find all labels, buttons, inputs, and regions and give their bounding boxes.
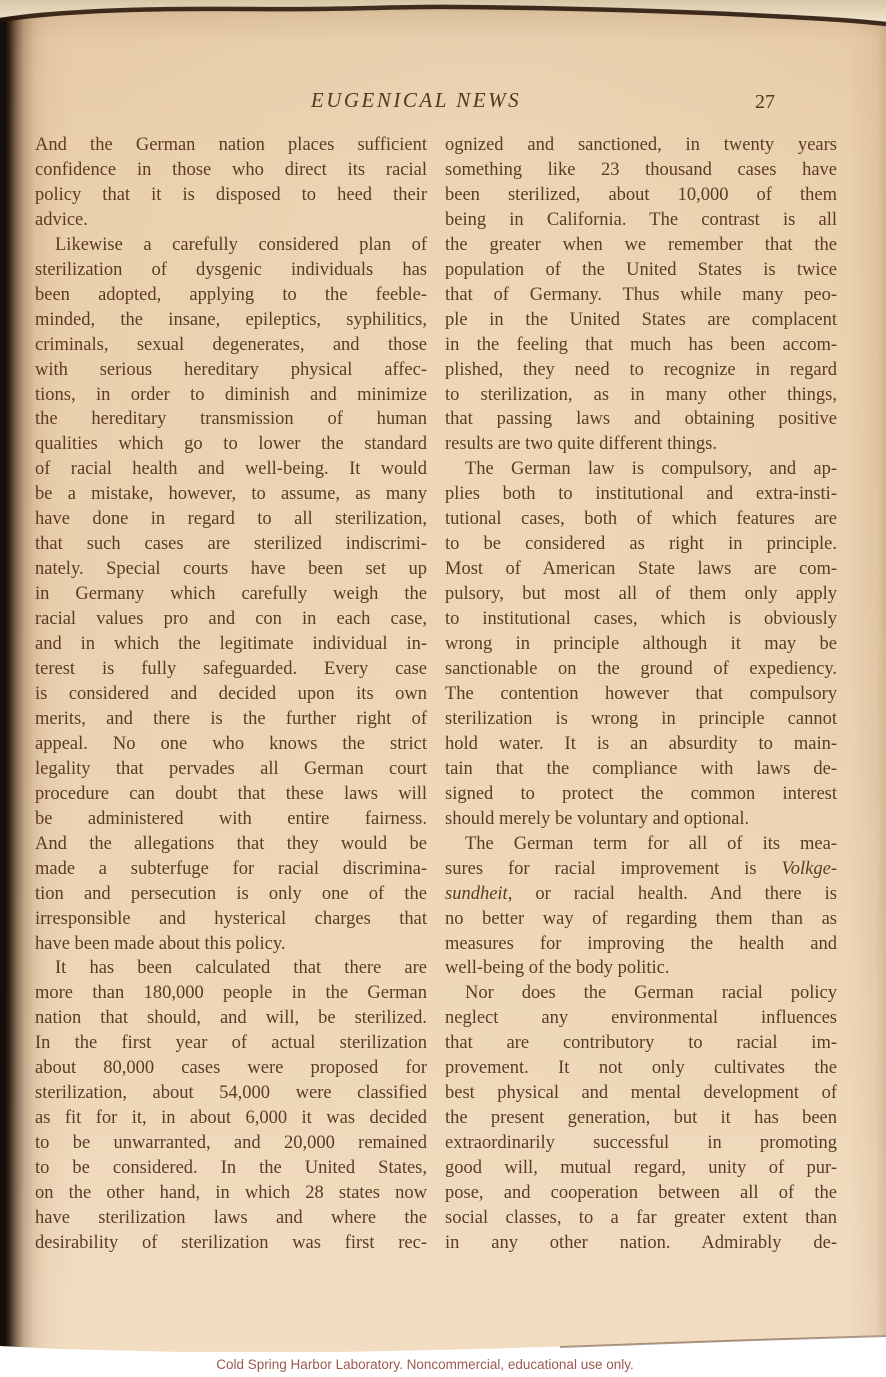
text-line: hold water. It is an absurdity to main-	[445, 732, 837, 757]
text-line: procedure can doubt that these laws will	[35, 782, 427, 807]
text-line: more than 180,000 people in the German	[35, 981, 427, 1006]
text-line: is considered and decided upon its own	[35, 682, 427, 707]
text-line: plies both to institutional and extra-in…	[445, 482, 837, 507]
text-line: being in California. The contrast is all	[445, 208, 837, 233]
text-line: Likewise a carefully considered plan of	[35, 233, 427, 258]
paragraph: It has been calculated that there aremor…	[35, 956, 427, 1255]
text-line: sundheit, or racial health. And there is	[445, 882, 837, 907]
text-line: social classes, to a far greater extent …	[445, 1206, 837, 1231]
text-line: have sterilization laws and where the	[35, 1206, 427, 1231]
text-line: measures for improving the health and	[445, 932, 837, 957]
text-line: population of the United States is twice	[445, 258, 837, 283]
text-line: irresponsible and hysterical charges tha…	[35, 907, 427, 932]
text-line: The German term for all of its mea-	[445, 832, 837, 857]
text-line: Nor does the German racial policy	[445, 981, 837, 1006]
text-line: qualities which go to lower the standard	[35, 432, 427, 457]
text-line: The German law is compulsory, and ap-	[445, 457, 837, 482]
text-line: of racial health and well-being. It woul…	[35, 457, 427, 482]
text-line: sterilization is wrong in principle cann…	[445, 707, 837, 732]
text-line: in Germany which carefully weigh the	[35, 582, 427, 607]
text-line: sterilization, about 54,000 were classif…	[35, 1081, 427, 1106]
text-line: It has been calculated that there are	[35, 956, 427, 981]
text-line: In the first year of actual sterilizatio…	[35, 1031, 427, 1056]
text-line: made a subterfuge for racial discrimina-	[35, 857, 427, 882]
text-line: wrong in principle although it may be	[445, 632, 837, 657]
column-left: And the German nation places sufficientc…	[35, 133, 427, 1256]
text-line: advice.	[35, 208, 427, 233]
text-line: extraordinarily successful in promoting	[445, 1131, 837, 1156]
paragraph: Nor does the German racial policyneglect…	[445, 981, 837, 1255]
text-line: The contention however that compulsory	[445, 682, 837, 707]
paragraph: The German term for all of its mea-sures…	[445, 832, 837, 982]
text-line: minded, the insane, epileptics, syphilit…	[35, 308, 427, 333]
book-page: EUGENICAL NEWS 27 And the German nation …	[0, 0, 886, 1356]
text-line: plished, they need to recognize in regar…	[445, 358, 837, 383]
text-line: the hereditary transmission of human	[35, 407, 427, 432]
text-line: and in which the legitimate individual i…	[35, 632, 427, 657]
text-line: nately. Special courts have been set up	[35, 557, 427, 582]
text-line: sterilization of dysgenic individuals ha…	[35, 258, 427, 283]
text-line: have done in regard to all sterilization…	[35, 507, 427, 532]
text-line: legality that pervades all German court	[35, 757, 427, 782]
text-line: And the allegations that they would be	[35, 832, 427, 857]
text-line: the present generation, but it has been	[445, 1106, 837, 1131]
text-line: racial values pro and con in each case,	[35, 607, 427, 632]
text-line: pulsory, but most all of them only apply	[445, 582, 837, 607]
text-line: criminals, sexual degenerates, and those	[35, 333, 427, 358]
text-line: to institutional cases, which is obvious…	[445, 607, 837, 632]
text-line: to be unwarranted, and 20,000 remained	[35, 1131, 427, 1156]
paragraph: And the German nation places sufficientc…	[35, 133, 427, 233]
text-line: policy that it is disposed to heed their	[35, 183, 427, 208]
text-line: in the feeling that much has been accom-	[445, 333, 837, 358]
copyright-notice: Cold Spring Harbor Laboratory. Noncommer…	[0, 1357, 886, 1372]
text-line: signed to protect the common interest	[445, 782, 837, 807]
text-line: pose, and cooperation between all of the	[445, 1181, 837, 1206]
text-line: the greater when we remember that the	[445, 233, 837, 258]
text-line: should merely be voluntary and optional.	[445, 807, 837, 832]
text-line: about 80,000 cases were proposed for	[35, 1056, 427, 1081]
text-line: tutional cases, both of which features a…	[445, 507, 837, 532]
text-line: tion and persecution is only one of the	[35, 882, 427, 907]
text-line: be administered with entire fairness.	[35, 807, 427, 832]
text-line: to be considered as right in principle.	[445, 532, 837, 557]
text-line: be a mistake, however, to assume, as man…	[35, 482, 427, 507]
paragraph: The German law is compulsory, and ap-pli…	[445, 457, 837, 831]
text-line: terest is fully safeguarded. Every case	[35, 657, 427, 682]
text-line: confidence in those who direct its racia…	[35, 158, 427, 183]
text-line: Most of American State laws are com-	[445, 557, 837, 582]
text-line: have been made about this policy.	[35, 932, 427, 957]
text-line: that are contributory to racial im-	[445, 1031, 837, 1056]
text-line: results are two quite different things.	[445, 432, 837, 457]
text-line: nation that should, and will, be sterili…	[35, 1006, 427, 1031]
page-number: 27	[755, 91, 775, 114]
journal-title: EUGENICAL NEWS	[35, 88, 797, 113]
text-line: as fit for it, in about 6,000 it was dec…	[35, 1106, 427, 1131]
text-line: been adopted, applying to the feeble-	[35, 283, 427, 308]
text-line: tain that the compliance with laws de-	[445, 757, 837, 782]
text-line: with serious hereditary physical affec-	[35, 358, 427, 383]
text-line: to sterilization, as in many other thing…	[445, 383, 837, 408]
text-line: to be considered. In the United States,	[35, 1156, 427, 1181]
text-line: provement. It not only cultivates the	[445, 1056, 837, 1081]
text-line: desirability of sterilization was first …	[35, 1231, 427, 1256]
text-line: sanctionable on the ground of expediency…	[445, 657, 837, 682]
text-columns: And the German nation places sufficientc…	[35, 133, 837, 1256]
text-line: neglect any environmental influences	[445, 1006, 837, 1031]
text-line: well-being of the body politic.	[445, 956, 837, 981]
page-header: EUGENICAL NEWS 27	[35, 88, 837, 120]
text-line: that of Germany. Thus while many peo-	[445, 283, 837, 308]
text-line: tions, in order to diminish and minimize	[35, 383, 427, 408]
paragraph: Likewise a carefully considered plan ofs…	[35, 233, 427, 957]
text-line: sures for racial improvement is Volkge-	[445, 857, 837, 882]
column-right: ognized and sanctioned, in twenty yearss…	[445, 133, 837, 1256]
text-line: no better way of regarding them than as	[445, 907, 837, 932]
text-line: in any other nation. Admirably de-	[445, 1231, 837, 1256]
text-line: something like 23 thousand cases have	[445, 158, 837, 183]
text-line: merits, and there is the further right o…	[35, 707, 427, 732]
text-line: that such cases are sterilized indiscrim…	[35, 532, 427, 557]
text-line: ple in the United States are complacent	[445, 308, 837, 333]
text-line: that passing laws and obtaining positive	[445, 407, 837, 432]
text-line: on the other hand, in which 28 states no…	[35, 1181, 427, 1206]
scanned-page: EUGENICAL NEWS 27 And the German nation …	[0, 0, 886, 1377]
text-line: been sterilized, about 10,000 of them	[445, 183, 837, 208]
text-line: appeal. No one who knows the strict	[35, 732, 427, 757]
text-line: best physical and mental development of	[445, 1081, 837, 1106]
paragraph: ognized and sanctioned, in twenty yearss…	[445, 133, 837, 457]
text-line: good will, mutual regard, unity of pur-	[445, 1156, 837, 1181]
text-line: And the German nation places sufficient	[35, 133, 427, 158]
text-line: ognized and sanctioned, in twenty years	[445, 133, 837, 158]
